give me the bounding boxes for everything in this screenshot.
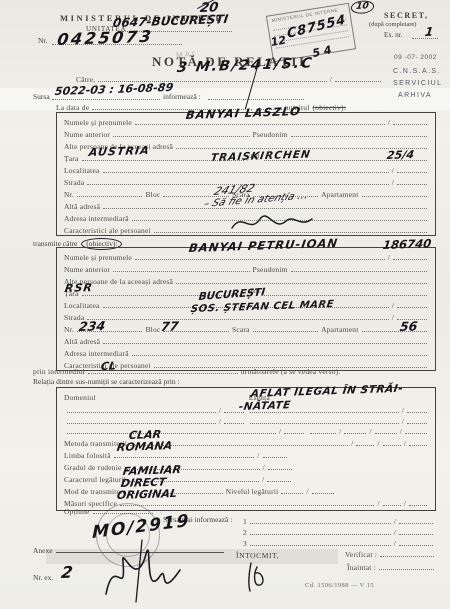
- verificat-label: Verificat :: [345, 550, 377, 559]
- fill-line: [103, 342, 427, 344]
- fill-line-short: [312, 492, 334, 494]
- fill-line-short: [407, 422, 427, 424]
- scara-label: Scara: [232, 325, 250, 334]
- fill-line: [87, 318, 388, 320]
- fill-line-short: [393, 258, 427, 260]
- intocmit-signature: [242, 560, 268, 596]
- sursa-fill-line: [52, 99, 160, 100]
- nume-anterior-label: Nume anterior: [64, 130, 110, 139]
- slash-separator: /: [330, 75, 332, 84]
- slash-separator: /: [219, 417, 221, 426]
- footer-row-number: 2: [243, 528, 247, 537]
- fill-line-short: [399, 522, 433, 524]
- fill-line: [362, 195, 428, 197]
- tara-label: Țara: [64, 154, 79, 163]
- catre-label: Către,: [76, 75, 95, 84]
- fill-line-short: [407, 411, 427, 413]
- signature-scribble-box1: [228, 210, 318, 238]
- anexe-label: Anexe: [33, 546, 53, 555]
- form-code-label: Cd. 1506/1988 — V 15: [305, 582, 374, 589]
- fill-line: [291, 270, 427, 272]
- fill-line: [114, 456, 254, 458]
- nivelul-label: Nivelul legăturii: [226, 487, 279, 496]
- fill-line-short: [310, 432, 336, 434]
- fill-line-short: [397, 306, 427, 308]
- cnsas-line1: C.N.S.A.S.: [393, 66, 441, 77]
- alta-adresa-label: Altă adresă: [64, 202, 100, 211]
- registry-stamp-bottom-number: 5 4: [311, 43, 332, 60]
- urmatoarele-label: următoarele (a se vedea verso).: [241, 367, 341, 376]
- inaintat-label: Înaintat :: [347, 563, 376, 572]
- fill-line-short: [268, 468, 292, 470]
- cnsas-date-stamp: 09 -07- 2002: [394, 52, 437, 63]
- footer-row-3: 3 /: [243, 538, 436, 548]
- box2-id-number: 186740: [382, 236, 432, 252]
- fill-line-short: [405, 432, 427, 434]
- fill-line: [132, 354, 427, 356]
- slash-separator: /: [339, 427, 341, 436]
- slash-separator: /: [392, 313, 394, 322]
- prin-intermediul-value: CL: [100, 359, 117, 373]
- adresa-intermediara-label: Adresa intermediară: [64, 349, 129, 358]
- localitatea-label: Localitatea: [64, 301, 100, 310]
- intocmit-label: ÎNTOCMIT,: [236, 551, 279, 560]
- secret-sub-label: (după completare): [369, 21, 416, 28]
- fill-line: [250, 533, 391, 535]
- slash-separator: /: [402, 406, 404, 415]
- slash-separator: /: [262, 475, 264, 484]
- fill-line: [77, 195, 143, 197]
- form-row-blank2: / /: [64, 416, 430, 426]
- slash-separator: /: [392, 178, 394, 187]
- fill-line: [135, 258, 385, 260]
- form-row-adresa-intermediara: Adresa intermediară: [64, 348, 430, 358]
- gradul-label: Gradul de rudenie: [64, 463, 122, 472]
- ex-nr-label: Ex. nr.: [384, 31, 402, 39]
- slash-separator: /: [279, 427, 281, 436]
- footer-row-2: 2 /: [243, 527, 436, 537]
- fill-line: [135, 123, 385, 125]
- form-row-nr-bloc: Nr. Bloc Scara Apartament: [64, 324, 430, 334]
- fill-line-short: [409, 444, 427, 446]
- fill-line: [176, 282, 427, 284]
- bloc-label: Bloc: [145, 190, 160, 199]
- registry-stamp-left-number: 12: [270, 34, 287, 49]
- fill-line: [113, 135, 249, 137]
- fill-line-short: [397, 171, 427, 173]
- fill-line: [103, 207, 427, 209]
- slash-separator: /: [388, 253, 390, 262]
- numele-label: Numele și prenumele: [64, 253, 132, 262]
- slash-separator: /: [257, 451, 259, 460]
- fill-line-short: [224, 422, 244, 424]
- fill-line: [379, 568, 434, 570]
- fill-line: [113, 270, 249, 272]
- prin-intermediul-row: prin intermediul următoarele (a se vedea…: [33, 366, 432, 376]
- pseudonim-label: Pseudonim: [253, 130, 288, 139]
- box2-nr-value: 234: [78, 318, 106, 334]
- fill-line-short: [344, 432, 366, 434]
- slash-separator: /: [219, 406, 221, 415]
- signature-scribble-footer: [96, 536, 206, 606]
- bloc-label: Bloc: [145, 325, 160, 334]
- box1-tara-value: AUSTRIA: [88, 144, 151, 159]
- form-row-localitatea: Localitatea /: [64, 165, 430, 175]
- fill-line-short: [356, 444, 374, 446]
- cnsas-line2: SERVICIUL: [393, 78, 442, 89]
- caracteristici-label: Caracteristici ale persoanei: [64, 226, 151, 235]
- fill-line: [67, 432, 276, 434]
- sursa-label: Sursa: [33, 92, 50, 101]
- cnsas-line3: ARHIVA: [398, 90, 432, 101]
- form-row-caracterul: Caracterul legăturii /: [64, 474, 430, 484]
- inaintat-row: Înaintat :: [347, 562, 437, 572]
- limba-label: Limba folosită: [64, 451, 111, 460]
- slash-separator: /: [394, 517, 396, 526]
- fill-line: [362, 330, 428, 332]
- footer-row-1: 1 /: [243, 516, 436, 526]
- adresa-intermediara-label: Adresa intermediară: [64, 214, 129, 223]
- fill-line: [250, 422, 399, 424]
- masuri-value: ORIGINAL: [116, 487, 178, 502]
- fill-line: [291, 135, 427, 137]
- box2-apartament-value: 56: [399, 318, 419, 334]
- slash-separator: /: [369, 427, 371, 436]
- localitatea-label: Localitatea: [64, 166, 100, 175]
- relatia-label: Relația dintre sus-numiții se caracteriz…: [33, 377, 180, 386]
- slash-separator: /: [392, 301, 394, 310]
- footer-row-number: 1: [243, 517, 247, 526]
- form-row-alte-persoane: Alte persoane de la aceeași adresă: [64, 276, 430, 286]
- box2-bloc-value: 77: [160, 318, 180, 334]
- slash-separator: /: [394, 528, 396, 537]
- form-row-nume-anterior: Nume anterior Pseudonim: [64, 129, 430, 139]
- fill-line-short: [263, 456, 287, 458]
- fill-line: [380, 555, 434, 557]
- la-data-label: La data de: [56, 103, 89, 112]
- fill-line-short: [399, 544, 433, 546]
- slash-separator: /: [404, 439, 406, 448]
- fill-line-short: [399, 533, 433, 535]
- fill-line-short: [284, 432, 304, 434]
- nume-anterior-label: Nume anterior: [64, 265, 110, 274]
- box2-tara-value: RSR: [64, 281, 94, 295]
- form-row-nume-anterior: Nume anterior Pseudonim: [64, 264, 430, 274]
- fill-line: [250, 544, 391, 546]
- esenta-value-line2: -NĂTATE: [238, 399, 292, 413]
- nr-label: Nr.: [64, 190, 74, 199]
- fill-line-short: [383, 444, 401, 446]
- fill-line-short: [267, 480, 291, 482]
- verificat-row: Verificat :: [345, 549, 437, 559]
- limba-value: ROMANA: [116, 439, 173, 454]
- fill-line: [250, 522, 391, 524]
- nr-label: Nr.: [64, 325, 74, 334]
- slash-separator: /: [306, 487, 308, 496]
- slash-separator: /: [394, 539, 396, 548]
- ex-nr-value: 1: [424, 25, 434, 39]
- apartament-label: Apartament: [321, 325, 358, 334]
- fill-line-short: [397, 183, 427, 185]
- fill-line: [67, 422, 216, 424]
- form-row-gradul: Gradul de rudenie /: [64, 462, 430, 472]
- slash-separator: /: [377, 439, 379, 448]
- form-row-numele: Numele și prenumele /: [64, 252, 430, 262]
- circled-number: 10: [350, 0, 374, 14]
- informeaza-label: informează :: [163, 92, 201, 101]
- page-annotation-10-circled: 10: [350, 0, 374, 14]
- title-handwritten-ref: 3 M.B/241/S.C: [176, 55, 315, 76]
- scanned-document-nota-de-relatii: 20 10 MINISTERUL DE INTERNE UNITATEA 064…: [0, 0, 450, 609]
- fill-line-short: [375, 432, 397, 434]
- nr-label: Nr.: [38, 36, 47, 45]
- fill-line-short: [281, 492, 303, 494]
- box1-localitatea-extra-value: 25/4: [386, 148, 415, 162]
- slash-separator: /: [400, 427, 402, 436]
- form-row-blank3: / / / /: [64, 426, 430, 436]
- form-row-alta-adresa: Altă adresă: [64, 336, 430, 346]
- obiectiv-struck-label: (obiectiv):: [313, 103, 346, 112]
- form-row-strada: Strada /: [64, 312, 430, 322]
- prin-intermediul-label: prin intermediul: [33, 367, 85, 376]
- nr-ex-label: Nr. ex.: [33, 573, 53, 582]
- fill-line: [253, 330, 319, 332]
- secret-label: SECRET,: [384, 11, 429, 20]
- nr-value: 0425073: [56, 27, 155, 49]
- slash-separator: /: [392, 166, 394, 175]
- caracterul-label: Caracterul legăturii: [64, 475, 126, 484]
- optiune-label: Opțiune: [64, 507, 90, 516]
- domeniul-label: Domeniul: [64, 393, 96, 402]
- fill-line-short: [335, 80, 381, 82]
- slash-separator: /: [351, 439, 353, 448]
- numele-label: Numele și prenumele: [64, 118, 132, 127]
- informeaza-fill-line: [208, 99, 304, 100]
- pseudonim-label: Pseudonim: [253, 265, 288, 274]
- alta-adresa-label: Altă adresă: [64, 337, 100, 346]
- fill-line: [264, 294, 427, 296]
- fill-line: [67, 411, 216, 413]
- footer-row-number: 3: [243, 539, 247, 548]
- slash-separator: /: [402, 417, 404, 426]
- apartament-label: Apartament: [321, 190, 358, 199]
- nr-ex-value: 2: [60, 563, 74, 582]
- slash-separator: /: [263, 463, 265, 472]
- slash-separator: /: [388, 118, 390, 127]
- strada-label: Strada: [64, 178, 84, 187]
- fill-line-short: [393, 123, 427, 125]
- fill-line: [103, 171, 389, 173]
